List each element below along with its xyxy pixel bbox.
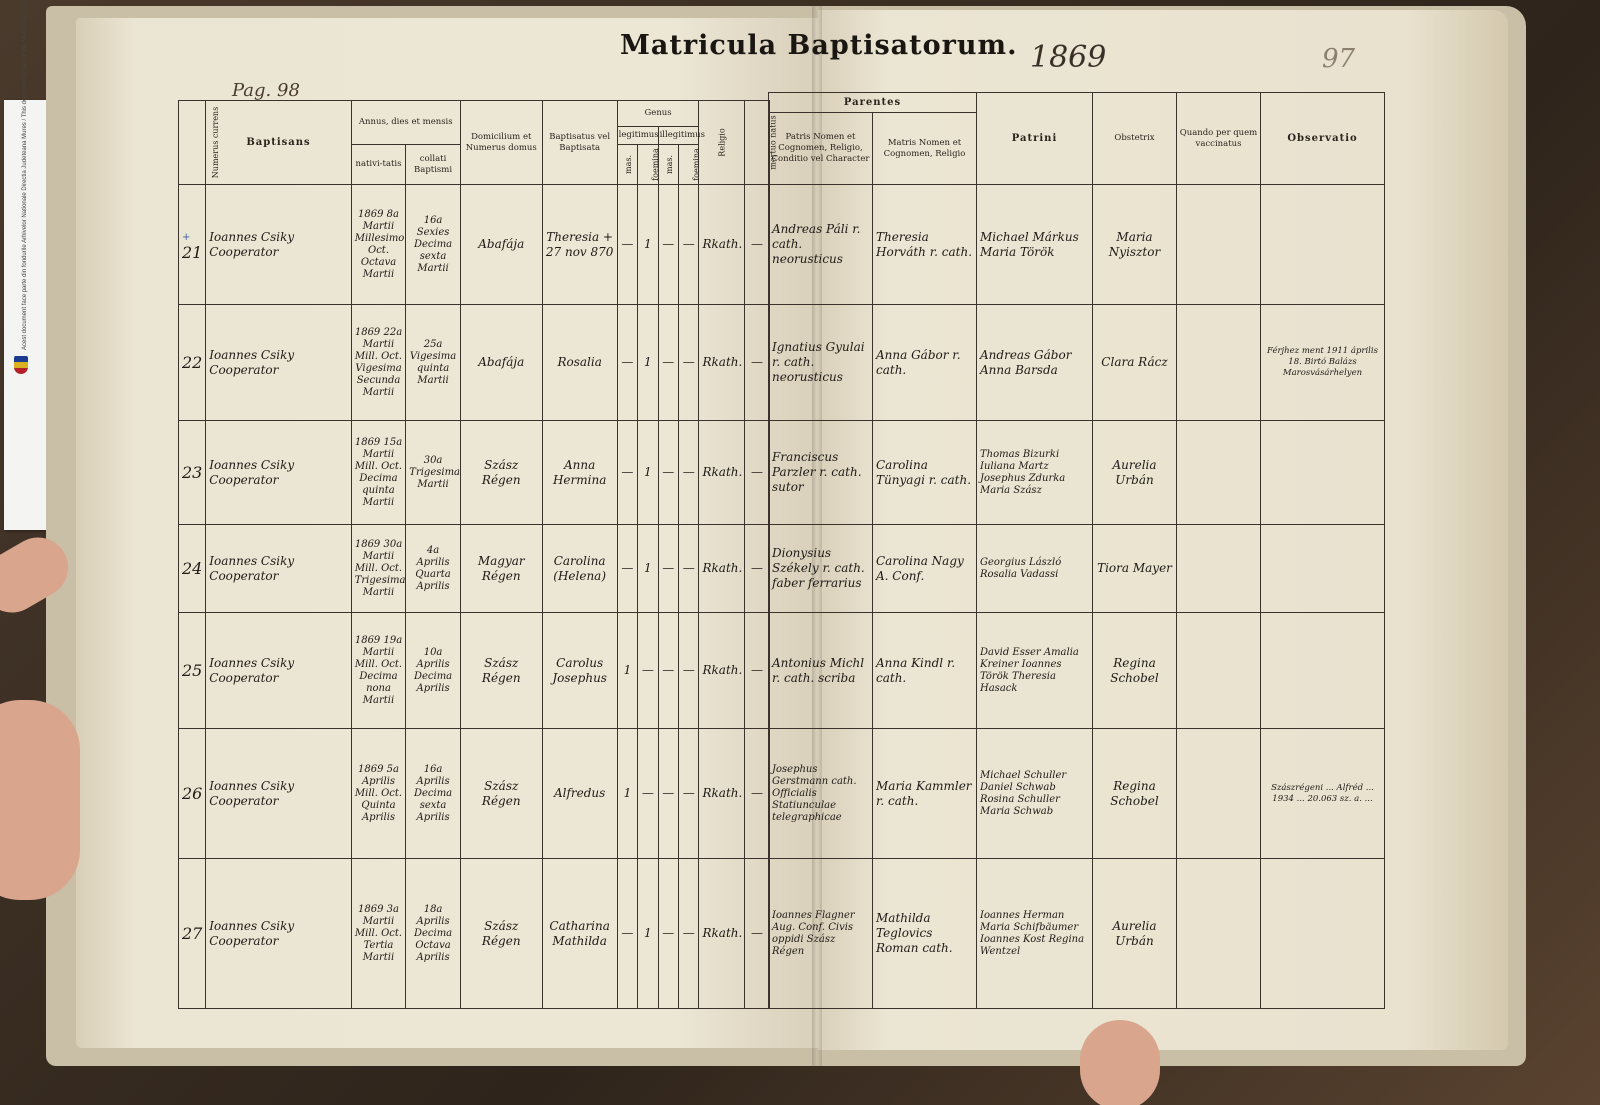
ill-mas: — bbox=[658, 525, 678, 613]
register-year: 1869 bbox=[1030, 40, 1106, 75]
mortuo-natus: — bbox=[744, 421, 769, 525]
table-row: 27 Ioannes Csiky Cooperator 1869 3a Mart… bbox=[179, 859, 770, 1009]
domicilium: Szász Régen bbox=[460, 613, 542, 729]
table-row: Antonius Michl r. cath. scriba Anna Kind… bbox=[769, 613, 1385, 729]
obstetrix: Aurelia Urbán bbox=[1093, 859, 1177, 1009]
mater: Anna Kindl r. cath. bbox=[873, 613, 977, 729]
leg-foemina: 1 bbox=[638, 859, 658, 1009]
obstetrix: Regina Schobel bbox=[1093, 729, 1177, 859]
table-row: Andreas Páli r. cath. neorusticus Theres… bbox=[769, 185, 1385, 305]
leg-foemina: 1 bbox=[638, 421, 658, 525]
domicilium: Szász Régen bbox=[460, 859, 542, 1009]
pater: Andreas Páli r. cath. neorusticus bbox=[769, 185, 873, 305]
table-row: 23 Ioannes Csiky Cooperator 1869 15a Mar… bbox=[179, 421, 770, 525]
patrini: Michael Schuller Daniel Schwab Rosina Sc… bbox=[977, 729, 1093, 859]
ill-mas: — bbox=[658, 421, 678, 525]
pater: Dionysius Székely r. cath. faber ferrari… bbox=[769, 525, 873, 613]
obstetrix: Aurelia Urbán bbox=[1093, 421, 1177, 525]
baptisans: Ioannes Csiky Cooperator bbox=[206, 185, 351, 305]
header-leg-foemina: foemina bbox=[638, 145, 658, 185]
right-hand-thumb bbox=[1080, 1020, 1160, 1105]
archive-label-text: Acest document face parte din fondurile … bbox=[22, 200, 29, 350]
header-domicilium: Domicilium et Numerus domus bbox=[460, 101, 542, 185]
left-hand-fingers bbox=[0, 700, 80, 900]
table-row: Franciscus Parzler r. cath. sutor Caroli… bbox=[769, 421, 1385, 525]
leg-foemina: 1 bbox=[638, 525, 658, 613]
header-nativitatis: nativi-tatis bbox=[351, 145, 406, 185]
baptisatus: Theresia + 27 nov 870 bbox=[542, 185, 617, 305]
header-illegitimus: illegitimus bbox=[658, 127, 699, 145]
baptisans: Ioannes Csiky Cooperator bbox=[206, 613, 351, 729]
date-nativitatis: 1869 5a Aprilis Mill. Oct. Quinta Aprili… bbox=[351, 729, 406, 859]
table-row: +21 Ioannes Csiky Cooperator 1869 8a Mar… bbox=[179, 185, 770, 305]
row-number: 26 bbox=[179, 729, 206, 859]
leg-mas: — bbox=[617, 185, 637, 305]
date-baptismi: 30a Trigesima Martii bbox=[406, 421, 461, 525]
row-number: 27 bbox=[179, 859, 206, 1009]
page-title: Matricula Baptisatorum. bbox=[620, 30, 1017, 61]
baptisans: Ioannes Csiky Cooperator bbox=[206, 305, 351, 421]
ill-foemina: — bbox=[679, 421, 699, 525]
row-number: 24 bbox=[179, 525, 206, 613]
leg-mas: — bbox=[617, 525, 637, 613]
date-nativitatis: 1869 30a Martii Mill. Oct. Trigesima Mar… bbox=[351, 525, 406, 613]
header-patrini: Patrini bbox=[977, 93, 1093, 185]
table-row: Ioannes Flagner Aug. Conf. Civis oppidi … bbox=[769, 859, 1385, 1009]
leg-mas: — bbox=[617, 305, 637, 421]
baptism-register-right: Parentes Patrini Obstetrix Quando per qu… bbox=[768, 92, 1385, 1009]
header-patris: Patris Nomen et Cognomen, Religio, Condi… bbox=[769, 113, 873, 185]
vaccinatus bbox=[1177, 525, 1261, 613]
religio: Rkath. bbox=[699, 421, 744, 525]
vaccinatus bbox=[1177, 859, 1261, 1009]
header-baptisatus: Baptisatus vel Baptisata bbox=[542, 101, 617, 185]
coat-of-arms-icon bbox=[14, 356, 28, 374]
leg-mas: 1 bbox=[617, 613, 637, 729]
patrini: Georgius László Rosalia Vadassi bbox=[977, 525, 1093, 613]
domicilium: Abafája bbox=[460, 305, 542, 421]
ill-mas: — bbox=[658, 613, 678, 729]
patrini: David Esser Amalia Kreiner Ioannes Török… bbox=[977, 613, 1093, 729]
domicilium: Szász Régen bbox=[460, 729, 542, 859]
header-collati: collati Baptismi bbox=[406, 145, 461, 185]
header-mortuo-natus: mortuo natus bbox=[744, 101, 769, 185]
patrini: Michael Márkus Maria Török bbox=[977, 185, 1093, 305]
table-row: 26 Ioannes Csiky Cooperator 1869 5a Apri… bbox=[179, 729, 770, 859]
header-religio: Religio bbox=[699, 101, 744, 185]
row-number: 23 bbox=[179, 421, 206, 525]
table-row: Dionysius Székely r. cath. faber ferrari… bbox=[769, 525, 1385, 613]
patrini: Ioannes Herman Maria Schifbäumer Ioannes… bbox=[977, 859, 1093, 1009]
vaccinatus bbox=[1177, 421, 1261, 525]
mortuo-natus: — bbox=[744, 305, 769, 421]
observatio bbox=[1261, 185, 1385, 305]
ill-foemina: — bbox=[679, 613, 699, 729]
date-nativitatis: 1869 8a Martii Millesimo Oct. Octava Mar… bbox=[351, 185, 406, 305]
baptisatus: Carolus Josephus bbox=[542, 613, 617, 729]
patrini: Andreas Gábor Anna Barsda bbox=[977, 305, 1093, 421]
ill-foemina: — bbox=[679, 185, 699, 305]
observatio: Szászrégeni ... Alfréd ... 1934 ... 20.0… bbox=[1261, 729, 1385, 859]
leg-foemina: 1 bbox=[638, 305, 658, 421]
observatio: Férjhez ment 1911 április 18. Birtó Balá… bbox=[1261, 305, 1385, 421]
mortuo-natus: — bbox=[744, 859, 769, 1009]
date-baptismi: 4a Aprilis Quarta Aprilis bbox=[406, 525, 461, 613]
pater: Antonius Michl r. cath. scriba bbox=[769, 613, 873, 729]
date-nativitatis: 1869 3a Martii Mill. Oct. Tertia Martii bbox=[351, 859, 406, 1009]
vaccinatus bbox=[1177, 305, 1261, 421]
vaccinatus bbox=[1177, 729, 1261, 859]
domicilium: Magyar Régen bbox=[460, 525, 542, 613]
mortuo-natus: — bbox=[744, 525, 769, 613]
date-baptismi: 16a Sexies Decima sexta Martii bbox=[406, 185, 461, 305]
date-baptismi: 25a Vigesima quinta Martii bbox=[406, 305, 461, 421]
ill-mas: — bbox=[658, 729, 678, 859]
header-ill-mas: mas. bbox=[658, 145, 678, 185]
domicilium: Szász Régen bbox=[460, 421, 542, 525]
ill-mas: — bbox=[658, 305, 678, 421]
mortuo-natus: — bbox=[744, 729, 769, 859]
header-matris: Matris Nomen et Cognomen, Religio bbox=[873, 113, 977, 185]
ill-foemina: — bbox=[679, 305, 699, 421]
baptisatus: Carolina (Helena) bbox=[542, 525, 617, 613]
date-baptismi: 10a Aprilis Decima Aprilis bbox=[406, 613, 461, 729]
table-row: 22 Ioannes Csiky Cooperator 1869 22a Mar… bbox=[179, 305, 770, 421]
religio: Rkath. bbox=[699, 729, 744, 859]
table-row: Ignatius Gyulai r. cath. neorusticus Ann… bbox=[769, 305, 1385, 421]
row-number: 22 bbox=[179, 305, 206, 421]
page-number: 97 bbox=[1322, 44, 1355, 74]
baptisatus: Catharina Mathilda bbox=[542, 859, 617, 1009]
date-baptismi: 16a Aprilis Decima sexta Aprilis bbox=[406, 729, 461, 859]
mater: Maria Kammler r. cath. bbox=[873, 729, 977, 859]
header-baptisans: Baptisans bbox=[206, 101, 351, 185]
mater: Carolina Tünyagi r. cath. bbox=[873, 421, 977, 525]
header-legitimus: legitimus bbox=[617, 127, 658, 145]
mater: Theresia Horváth r. cath. bbox=[873, 185, 977, 305]
pater: Ioannes Flagner Aug. Conf. Civis oppidi … bbox=[769, 859, 873, 1009]
ill-mas: — bbox=[658, 859, 678, 1009]
religio: Rkath. bbox=[699, 525, 744, 613]
date-nativitatis: 1869 15a Martii Mill. Oct. Decima quinta… bbox=[351, 421, 406, 525]
header-parentes: Parentes bbox=[769, 93, 977, 113]
baptisans: Ioannes Csiky Cooperator bbox=[206, 729, 351, 859]
date-nativitatis: 1869 19a Martii Mill. Oct. Decima nona M… bbox=[351, 613, 406, 729]
leg-mas: — bbox=[617, 859, 637, 1009]
patrini: Thomas Bizurki Iuliana Martz Josephus Zd… bbox=[977, 421, 1093, 525]
mortuo-natus: — bbox=[744, 185, 769, 305]
header-numerus-currens: Numerus currens bbox=[179, 101, 206, 185]
religio: Rkath. bbox=[699, 305, 744, 421]
obstetrix: Tiora Mayer bbox=[1093, 525, 1177, 613]
header-ill-foemina: foemina bbox=[679, 145, 699, 185]
table-row: 24 Ioannes Csiky Cooperator 1869 30a Mar… bbox=[179, 525, 770, 613]
baptism-register-left: Numerus currens Baptisans Annus, dies et… bbox=[178, 100, 770, 1009]
header-annus: Annus, dies et mensis bbox=[351, 101, 460, 145]
ill-mas: — bbox=[658, 185, 678, 305]
obstetrix: Regina Schobel bbox=[1093, 613, 1177, 729]
ill-foemina: — bbox=[679, 859, 699, 1009]
mater: Anna Gábor r. cath. bbox=[873, 305, 977, 421]
table-row: Josephus Gerstmann cath. Officialis Stat… bbox=[769, 729, 1385, 859]
header-observatio: Observatio bbox=[1261, 93, 1385, 185]
baptisans: Ioannes Csiky Cooperator bbox=[206, 859, 351, 1009]
leg-mas: 1 bbox=[617, 729, 637, 859]
observatio bbox=[1261, 859, 1385, 1009]
baptisans: Ioannes Csiky Cooperator bbox=[206, 421, 351, 525]
table-row: 25 Ioannes Csiky Cooperator 1869 19a Mar… bbox=[179, 613, 770, 729]
row-number: 25 bbox=[179, 613, 206, 729]
vaccinatus bbox=[1177, 613, 1261, 729]
observatio bbox=[1261, 525, 1385, 613]
mater: Mathilda Teglovics Roman cath. bbox=[873, 859, 977, 1009]
observatio bbox=[1261, 421, 1385, 525]
header-leg-mas: mas. bbox=[617, 145, 637, 185]
obstetrix: Clara Rácz bbox=[1093, 305, 1177, 421]
religio: Rkath. bbox=[699, 859, 744, 1009]
baptisatus: Alfredus bbox=[542, 729, 617, 859]
baptisans: Ioannes Csiky Cooperator bbox=[206, 525, 351, 613]
baptisatus: Anna Hermina bbox=[542, 421, 617, 525]
leg-mas: — bbox=[617, 421, 637, 525]
leg-foemina: — bbox=[638, 729, 658, 859]
pater: Ignatius Gyulai r. cath. neorusticus bbox=[769, 305, 873, 421]
ill-foemina: — bbox=[679, 729, 699, 859]
domicilium: Abafája bbox=[460, 185, 542, 305]
page-reference: Pag. 98 bbox=[232, 80, 300, 101]
header-genus: Genus bbox=[617, 101, 699, 127]
pater: Josephus Gerstmann cath. Officialis Stat… bbox=[769, 729, 873, 859]
religio: Rkath. bbox=[699, 613, 744, 729]
pater: Franciscus Parzler r. cath. sutor bbox=[769, 421, 873, 525]
leg-foemina: 1 bbox=[638, 185, 658, 305]
row-number: +21 bbox=[179, 185, 206, 305]
obstetrix: Maria Nyisztor bbox=[1093, 185, 1177, 305]
header-vaccinatus: Quando per quem vaccinatus bbox=[1177, 93, 1261, 185]
religio: Rkath. bbox=[699, 185, 744, 305]
ill-foemina: — bbox=[679, 525, 699, 613]
mater: Carolina Nagy A. Conf. bbox=[873, 525, 977, 613]
observatio bbox=[1261, 613, 1385, 729]
date-nativitatis: 1869 22a Martii Mill. Oct. Vigesima Secu… bbox=[351, 305, 406, 421]
vaccinatus bbox=[1177, 185, 1261, 305]
mortuo-natus: — bbox=[744, 613, 769, 729]
leg-foemina: — bbox=[638, 613, 658, 729]
date-baptismi: 18a Aprilis Decima Octava Aprilis bbox=[406, 859, 461, 1009]
baptisatus: Rosalia bbox=[542, 305, 617, 421]
header-obstetrix: Obstetrix bbox=[1093, 93, 1177, 185]
